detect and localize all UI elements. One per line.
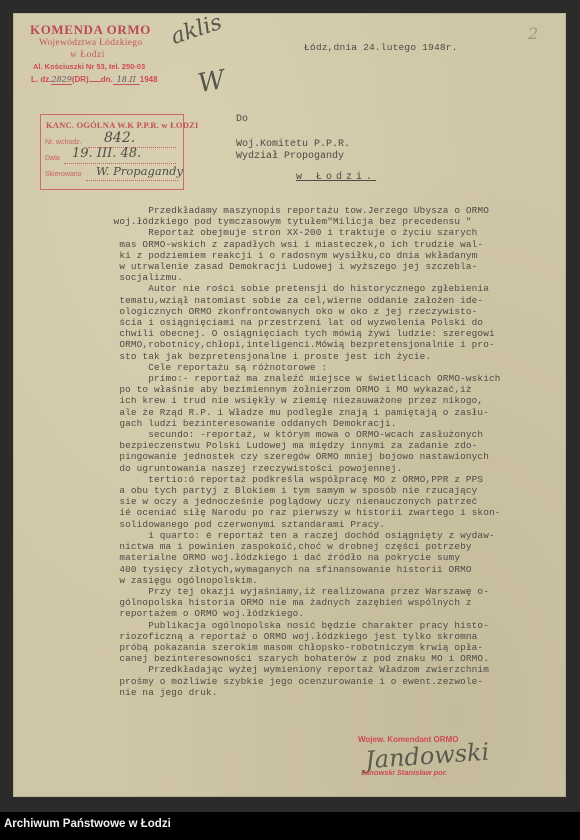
address-line1: Woj.Komitetu P.P.R.	[236, 139, 350, 150]
body-line: solidowanego pod czerwonymi sztandarami …	[102, 519, 501, 530]
header-stamp-reference: L. dz.2829(DR)dn.18.II1948	[31, 75, 158, 84]
header-stamp-city: w Łodzi	[70, 50, 105, 60]
body-line: próbą pokazania szerokim masom chłopsko-…	[102, 642, 501, 653]
body-line: gach ludzi bezinteresowanie oddanych Dem…	[102, 418, 501, 429]
address-line2: Wydział Propogandy	[236, 151, 344, 162]
body-line: pingowanie jednostek czy szeregów ORMO m…	[102, 451, 501, 462]
body-line: socjalizmu.	[102, 272, 501, 283]
received-nr-value: 842.	[104, 130, 135, 146]
body-line: canej bezinteresowności szarych bohateró…	[102, 653, 501, 664]
body-line: Reportaż obejmuje stron XX-200 i traktuj…	[102, 227, 501, 238]
body-line: mas ORMO-wskich z zapadłych wsi i miaste…	[102, 239, 501, 250]
body-line: Przy tej okazji wyjaśniamy,iż realizowan…	[102, 586, 501, 597]
body-line: bezpieczenstwu Polski Ludowej ma między …	[102, 440, 501, 451]
header-stamp-title: KOMENDA ORMO	[30, 22, 151, 38]
ref-date-label: dn.	[101, 75, 113, 84]
body-line: a obu tych partyj z Blokiem i tym samym …	[102, 485, 501, 496]
address-city: w Łodzi.	[296, 172, 376, 183]
body-line: ologicznych ORMO zkonfrontowanych oko w …	[102, 306, 501, 317]
body-line: tematu,wziął natomiast sobie za cel,wier…	[102, 295, 501, 306]
ref-prefix: L. dz.	[31, 75, 51, 84]
body-line: materialne ORMO woj.łódzkiego i dać źród…	[102, 552, 501, 563]
received-directed-label: Skierowano	[45, 171, 82, 178]
ref-date-value: 18.II	[113, 75, 140, 85]
body-line: Przedkładamy maszynopis reportażu tow.Je…	[102, 205, 501, 216]
received-directed-value: W. Propagandy	[96, 164, 183, 178]
body-line: tertio:ó reportaż podkreśla współpracę M…	[102, 474, 501, 485]
received-nr-label: Nr. wchodz.	[45, 139, 82, 146]
signature-stamp-name: Janowski Stanisław por.	[361, 768, 447, 777]
body-line: ki z podziemiem reakcji i o radosnym wys…	[102, 250, 501, 261]
body-line: ich krew i trud nie wsiękły w ziemię nie…	[102, 395, 501, 406]
body-line: ORMO,robotnicy,chłopi,inteligenci.Mówią …	[102, 339, 501, 350]
ref-dept: (DR)	[72, 75, 89, 84]
received-date-label: Data	[45, 155, 60, 162]
handwritten-initials: W	[196, 65, 228, 99]
letter-body: Przedkładamy maszynopis reportażu tow.Je…	[102, 205, 501, 698]
header-stamp-address: Al. Kościuszki Nr 53, tel. 250-03	[33, 62, 145, 71]
body-line: chwili obecnej. O osiągnięciach tych mów…	[102, 328, 501, 339]
place-date: Łódz,dnia 24.lutego 1948r.	[304, 42, 458, 53]
body-line: po to właśnie aby bezimiennym żołnierzom…	[102, 384, 501, 395]
body-line: do ugruntowania naszej rzeczywistości po…	[102, 463, 501, 474]
body-line: riozoficzną a reportaż o ORMO woj.łódzki…	[102, 631, 501, 642]
body-line: w utrwalenie zasad Demokracji Ludowej i …	[102, 261, 501, 272]
body-line: sie w oczy a jednocześnie poglądowy uczy…	[102, 496, 501, 507]
body-line: nie na jego druk.	[102, 687, 501, 698]
body-line: 400 tysięcy złotych,wymaganych na sfinan…	[102, 564, 501, 575]
address-to: Do	[236, 114, 248, 125]
body-line: prośmy o możliwie szybkie jego ocenzurow…	[102, 676, 501, 687]
ref-year: 1948	[140, 75, 158, 84]
archive-name: Archiwum Państwowe w Łodzi	[4, 818, 171, 830]
body-line: Przedkładając wyżej wymieniony reportaż …	[102, 664, 501, 675]
body-line: ścia i osiągnięciami na przestrzeni lat …	[102, 317, 501, 328]
body-line: gólnopolska historia ORMO nie ma żadnych…	[102, 597, 501, 608]
handwritten-page-number: 2	[528, 24, 538, 43]
body-line: primo:- reportaż ma znaleźć miejsce w św…	[102, 373, 501, 384]
received-stamp-title: KANC. OGÓLNA W.K P.P.R. w ŁODZI	[46, 120, 198, 130]
header-stamp-voivodeship: Województwa Łódzkiego	[39, 38, 142, 48]
body-line: Cele reportażu są różnotorowe :	[102, 362, 501, 373]
body-line: Publikacja ogólnopolska nosić będzie cha…	[102, 620, 501, 631]
body-line: secundo: -reportaż, w którym mowa o ORMO…	[102, 429, 501, 440]
ref-number: 2829	[51, 75, 71, 85]
body-line: sto tak jak bezpretensjonalne i proste j…	[102, 351, 501, 362]
body-line: ié oceniać siłę Narodu po raz pierwszy w…	[102, 507, 501, 518]
body-line: ale że Rząd R.P. i Władze mu podległe zn…	[102, 407, 501, 418]
ref-gap	[89, 81, 101, 82]
body-line: Autor nie rości sobie pretensji do histo…	[102, 283, 501, 294]
received-date-value: 19. III. 48.	[72, 146, 141, 161]
body-line: woj.łódzkiego pod tymczasowym tytułem"Mi…	[102, 216, 501, 227]
received-directed-line	[86, 180, 178, 181]
archive-footer: Archiwum Państwowe w Łodzi	[0, 812, 580, 840]
body-line: w zasięgu ogólnopolskim.	[102, 575, 501, 586]
body-line: i quarto: é reportaż ten a raczej dochód…	[102, 530, 501, 541]
body-line: reportażem o ORMO woj.łódzkiego.	[102, 608, 501, 619]
body-line: nictwa ma i powinien zaspokoić,choć w dr…	[102, 541, 501, 552]
